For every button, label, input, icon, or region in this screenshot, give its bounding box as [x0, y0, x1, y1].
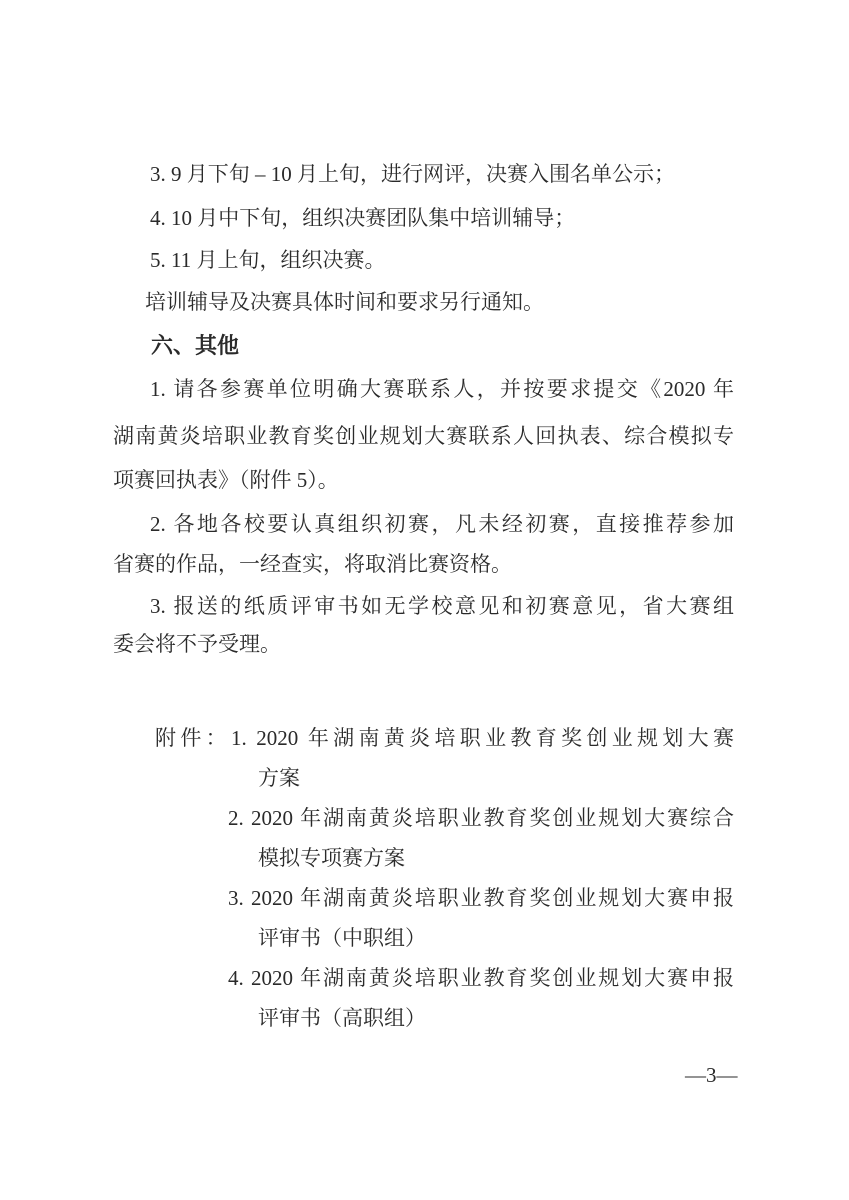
schedule-item-3: 3. 9 月下旬 – 10 月上旬，进行网评，决赛入围名单公示；: [150, 159, 675, 189]
other-item-1-line-2: 湖南黄炎培职业教育奖创业规划大赛联系人回执表、综合模拟专: [113, 421, 734, 451]
attachment-item-2-line-2: 模拟专项赛方案: [258, 843, 405, 873]
attachment-item-4-line-1: 4. 2020 年湖南黄炎培职业教育奖创业规划大赛申报: [228, 963, 734, 993]
other-item-3-line-2: 委会将不予受理。: [113, 629, 281, 659]
attachment-item-4-line-2: 评审书（高职组）: [258, 1003, 426, 1033]
schedule-item-5: 5. 11 月上旬，组织决赛。: [150, 245, 385, 275]
section-heading-other: 六、其他: [151, 331, 239, 361]
attachment-item-3-line-2: 评审书（中职组）: [258, 923, 426, 953]
other-item-1-line-1: 1. 请各参赛单位明确大赛联系人，并按要求提交《2020 年: [150, 374, 734, 404]
other-item-2-line-1: 2. 各地各校要认真组织初赛，凡未经初赛，直接推荐参加: [150, 509, 734, 539]
attachment-item-2-line-1: 2. 2020 年湖南黄炎培职业教育奖创业规划大赛综合: [228, 803, 734, 833]
other-item-1-line-3: 项赛回执表》（附件 5）。: [113, 465, 339, 495]
attachment-item-3-line-1: 3. 2020 年湖南黄炎培职业教育奖创业规划大赛申报: [228, 883, 734, 913]
other-item-2-line-2: 省赛的作品，一经查实，将取消比赛资格。: [113, 549, 512, 579]
attachment-item-1-line-2: 方案: [258, 763, 300, 793]
attachment-item-1-line-1: 附件：1. 2020 年湖南黄炎培职业教育奖创业规划大赛: [155, 723, 734, 753]
other-item-3-line-1: 3. 报送的纸质评审书如无学校意见和初赛意见，省大赛组: [150, 591, 734, 621]
schedule-note: 培训辅导及决赛具体时间和要求另行通知。: [145, 287, 544, 317]
page-number: —3—: [685, 1062, 738, 1088]
schedule-item-4: 4. 10 月中下旬，组织决赛团队集中培训辅导；: [150, 203, 575, 233]
document-page: 3. 9 月下旬 – 10 月上旬，进行网评，决赛入围名单公示； 4. 10 月…: [0, 0, 849, 1200]
